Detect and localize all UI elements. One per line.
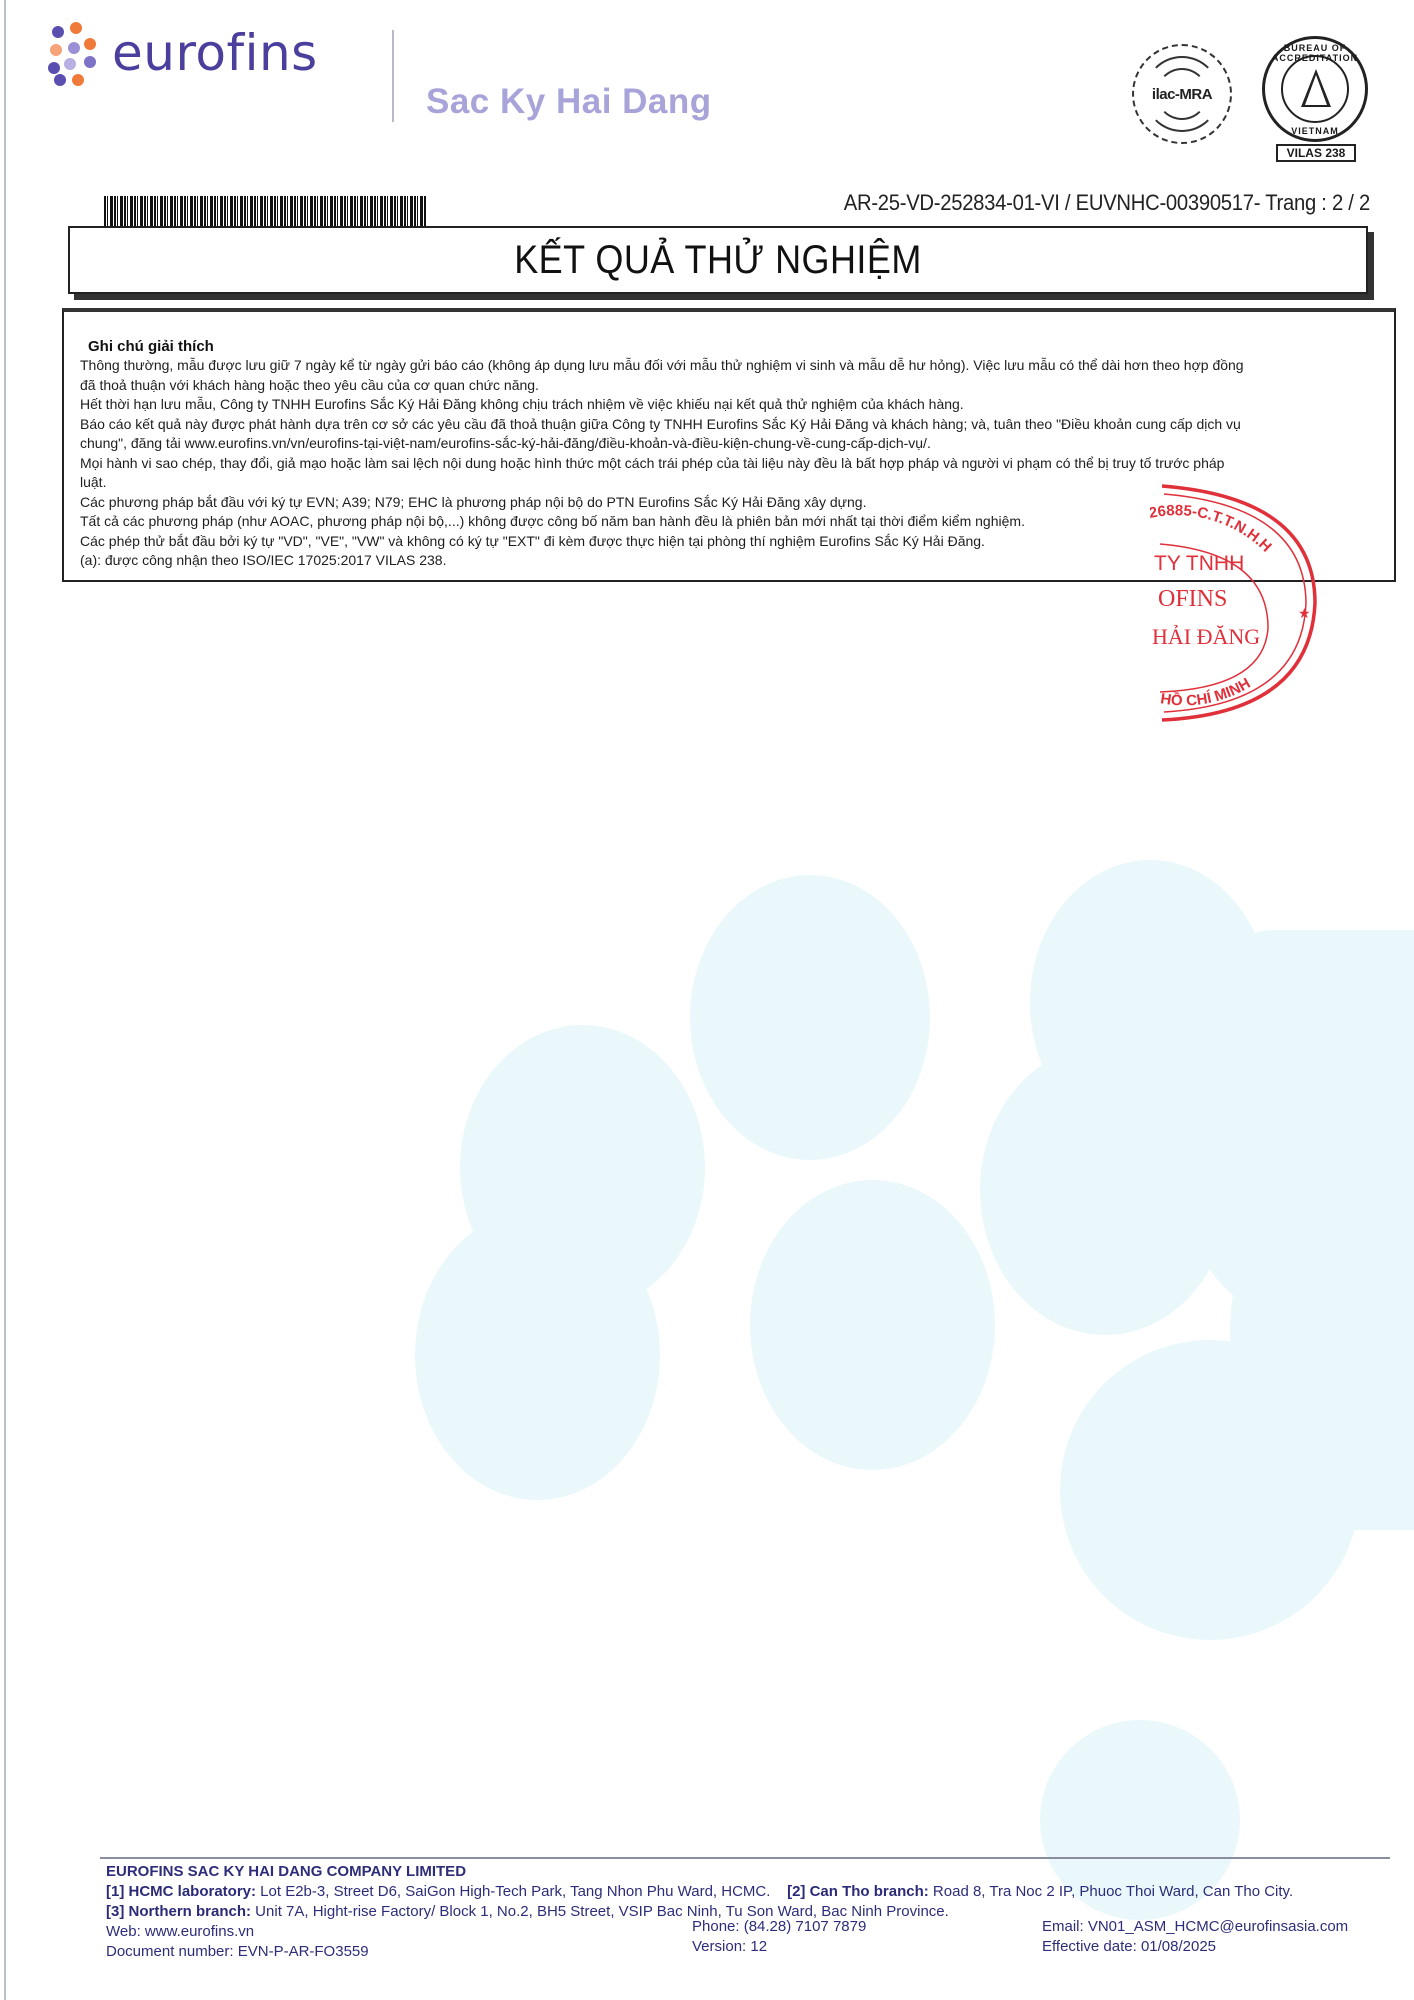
scan-edge [4, 0, 6, 2000]
vilas-badge: VILAS 238 [1276, 144, 1356, 162]
ilac-mra-seal-icon: ilac-MRA [1132, 44, 1232, 144]
subbrand-name: Sac Ky Hai Dang [426, 82, 712, 122]
address-line-1: [1] HCMC laboratory: Lot E2b-3, Street D… [106, 1882, 1293, 1902]
footer-contact: Phone: (84.28) 7107 7879 Version: 12 [692, 1917, 866, 1957]
phone: Phone: (84.28) 7107 7879 [692, 1917, 866, 1937]
footer-rule [100, 1857, 1390, 1859]
svg-text:HẢI ĐĂNG: HẢI ĐĂNG [1152, 624, 1260, 649]
svg-text:★: ★ [1298, 605, 1311, 621]
header-divider [392, 30, 394, 122]
version: Version: 12 [692, 1937, 866, 1957]
svg-text:TY TNHH: TY TNHH [1154, 552, 1244, 575]
note-line: chung", đăng tải www.eurofins.vn/vn/euro… [80, 434, 1364, 454]
company-stamp-icon: 26885-C.T.T.N.H.H TY TNHH OFINS HẢI ĐĂNG… [1150, 478, 1320, 728]
brand-name: eurofins [112, 28, 318, 78]
logo-dots-icon [48, 22, 104, 84]
note-line: Thông thường, mẫu được lưu giữ 7 ngày kể… [80, 356, 1364, 376]
company-name: EUROFINS SAC KY HAI DANG COMPANY LIMITED [106, 1862, 1293, 1882]
note-line: Hết thời hạn lưu mẫu, Công ty TNHH Eurof… [80, 395, 1364, 415]
document-reference: AR-25-VD-252834-01-VI / EUVNHC-00390517-… [844, 190, 1370, 216]
footer-meta: Email: VN01_ASM_HCMC@eurofinsasia.com Ef… [1042, 1917, 1348, 1957]
bureau-of-accreditation-seal-icon: BUREAU OF ACCREDITATION VIETNAM [1262, 36, 1368, 142]
email[interactable]: Email: VN01_ASM_HCMC@eurofinsasia.com [1042, 1917, 1348, 1937]
svg-text:OFINS: OFINS [1158, 586, 1227, 612]
eurofins-logo: eurofins [48, 22, 318, 84]
notes-heading: Ghi chú giải thích [88, 338, 214, 355]
title-box: KẾT QUẢ THỬ NGHIỆM [68, 226, 1368, 294]
page-title: KẾT QUẢ THỬ NGHIỆM [135, 238, 1301, 283]
note-line: đã thoả thuận với khách hàng hoặc theo y… [80, 376, 1364, 396]
note-line: Mọi hành vi sao chép, thay đổi, giả mạo … [80, 454, 1364, 474]
effective-date: Effective date: 01/08/2025 [1042, 1937, 1348, 1957]
note-line: Báo cáo kết quả này được phát hành dựa t… [80, 415, 1364, 435]
